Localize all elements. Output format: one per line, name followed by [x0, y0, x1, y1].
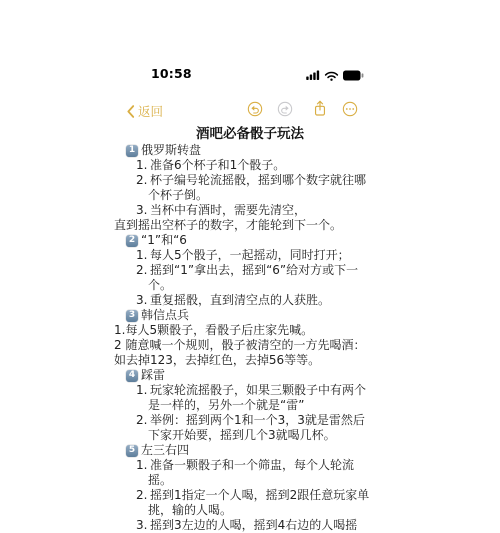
- list-item-text: 杯子编号轮流摇骰，摇到哪个数字就往哪: [150, 173, 366, 188]
- note-line: 2.举例：摇到两个1和一个3，3就是雷然后: [136, 413, 500, 428]
- section-title-text: 左三右四: [141, 443, 189, 458]
- note-line: 3.当杯中有酒时，需要先清空，: [136, 203, 500, 218]
- list-marker: 2.: [136, 413, 150, 428]
- note-line: 个杯子倒。: [148, 188, 500, 203]
- note-body[interactable]: 1俄罗斯转盘1.准备6个杯子和1个骰子。2.杯子编号轮流摇骰，摇到哪个数字就往哪…: [0, 143, 500, 533]
- note-line: 1.每人5个骰子，一起摇动，同时打开；: [136, 248, 500, 263]
- note-line: 2“1”和“6: [126, 233, 500, 248]
- note-line: 1.玩家轮流摇骰子，如果三颗骰子中有两个: [136, 383, 500, 398]
- note-line: 1.每人5颗骰子，看骰子后庄家先喊。: [114, 323, 500, 338]
- status-icons: [306, 69, 364, 81]
- more-options-button[interactable]: [342, 101, 358, 119]
- note-line: 个。: [148, 278, 500, 293]
- list-item-text: 准备6个杯子和1个骰子。: [150, 158, 285, 173]
- note-line: 4踩雷: [126, 368, 500, 383]
- back-button[interactable]: 返回: [126, 102, 163, 120]
- note-line: 直到摇出空杯子的数字，才能轮到下一个。: [114, 218, 500, 233]
- list-marker: 3.: [136, 293, 150, 308]
- status-time: 10:58: [151, 66, 192, 81]
- note-line: 挑，输的人喝。: [148, 503, 500, 518]
- note-line: 是一样的，另外一个就是“雷”: [148, 398, 500, 413]
- list-item-text: 每人5个骰子，一起摇动，同时打开；: [150, 248, 350, 263]
- list-item-text: 举例：摇到两个1和一个3，3就是雷然后: [150, 413, 365, 428]
- section-title-text: “1”和“6: [141, 233, 187, 248]
- wifi-icon: [324, 70, 339, 81]
- chevron-left-icon: [126, 104, 135, 119]
- section-title-text: 韩信点兵: [141, 308, 189, 323]
- note-title[interactable]: 酒吧必备骰子玩法: [0, 122, 500, 142]
- section-title-text: 俄罗斯转盘: [141, 143, 201, 158]
- note-line: 2 随意喊一个规则，骰子被清空的一方先喝酒：: [114, 338, 500, 353]
- note-line: 3.摇到3左边的人喝，摇到4右边的人喝摇: [136, 518, 500, 533]
- note-line: 1俄罗斯转盘: [126, 143, 500, 158]
- list-item-text: 重复摇骰，直到清空点的人获胜。: [150, 293, 330, 308]
- list-marker: 2.: [136, 173, 150, 188]
- note-line: 1.准备一颗骰子和一个筛盅，每个人轮流: [136, 458, 500, 473]
- redo-button[interactable]: [277, 101, 293, 119]
- keycap-4-emoji: 4: [126, 370, 138, 382]
- back-button-label: 返回: [138, 102, 163, 120]
- cellular-signal-icon: [306, 70, 320, 80]
- list-item-text: 摇到“1”拿出去，摇到“6”给对方或下一: [150, 263, 358, 278]
- list-item-text: 玩家轮流摇骰子，如果三颗骰子中有两个: [150, 383, 366, 398]
- list-item-text: 摇到1指定一个人喝，摇到2跟任意玩家单: [150, 488, 369, 503]
- share-button[interactable]: [312, 99, 328, 117]
- note-line: 3.重复摇骰，直到清空点的人获胜。: [136, 293, 500, 308]
- keycap-3-emoji: 3: [126, 310, 138, 322]
- list-item-text: 准备一颗骰子和一个筛盅，每个人轮流: [150, 458, 354, 473]
- list-marker: 1.: [136, 248, 150, 263]
- undo-button[interactable]: [247, 101, 263, 119]
- list-marker: 3.: [136, 203, 150, 218]
- list-marker: 1.: [136, 158, 150, 173]
- notes-app-screenshot: 10:58: [0, 0, 500, 533]
- note-line: 如去掉123，去掉红色，去掉56等等。: [114, 353, 500, 368]
- battery-icon: [343, 70, 364, 81]
- list-item-text: 当杯中有酒时，需要先清空，: [150, 203, 306, 218]
- list-item-text: 摇到3左边的人喝，摇到4右边的人喝摇: [150, 518, 357, 533]
- note-line: 下家开始要，摇到几个3就喝几杯。: [148, 428, 500, 443]
- note-line: 摇。: [148, 473, 500, 488]
- list-marker: 1.: [136, 458, 150, 473]
- note-line: 5左三右四: [126, 443, 500, 458]
- note-line: 2.摇到1指定一个人喝，摇到2跟任意玩家单: [136, 488, 500, 503]
- list-marker: 2.: [136, 263, 150, 278]
- list-marker: 2.: [136, 488, 150, 503]
- note-line: 2.摇到“1”拿出去，摇到“6”给对方或下一: [136, 263, 500, 278]
- list-marker: 3.: [136, 518, 150, 533]
- note-line: 2.杯子编号轮流摇骰，摇到哪个数字就往哪: [136, 173, 500, 188]
- keycap-2-emoji: 2: [126, 235, 138, 247]
- list-marker: 1.: [136, 383, 150, 398]
- note-line: 3韩信点兵: [126, 308, 500, 323]
- keycap-5-emoji: 5: [126, 445, 138, 457]
- note-line: 1.准备6个杯子和1个骰子。: [136, 158, 500, 173]
- keycap-1-emoji: 1: [126, 145, 138, 157]
- section-title-text: 踩雷: [141, 368, 165, 383]
